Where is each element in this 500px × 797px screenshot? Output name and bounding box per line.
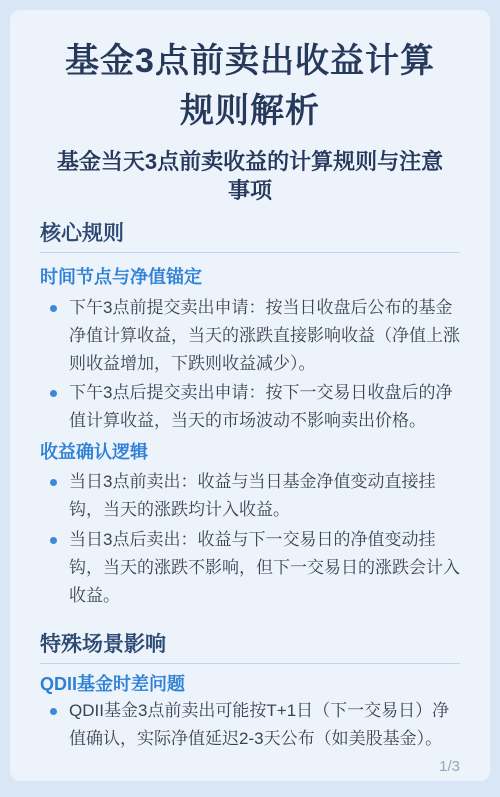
bullet-icon xyxy=(50,537,57,544)
bullet-icon xyxy=(50,479,57,486)
page-subtitle-line-2: 事项 xyxy=(40,176,460,205)
bullet-item: QDII基金3点前卖出可能按T+1日（下一交易日）净值确认，实际净值延迟2-3天… xyxy=(40,697,460,753)
bullet-text: 下午3点后提交卖出申请：按下一交易日收盘后的净值计算收益，当天的市场波动不影响卖… xyxy=(69,379,460,435)
bullet-text: 当日3点后卖出：收益与下一交易日的净值变动挂钩，当天的涨跌不影响，但下一交易日的… xyxy=(69,526,460,610)
page-subtitle: 基金当天3点前卖收益的计算规则与注意 事项 xyxy=(40,147,460,205)
section-heading-special-scenarios: 特殊场景影响 xyxy=(40,632,460,664)
subsection-title-time-node: 时间节点与净值锚定 xyxy=(40,266,460,289)
page-subtitle-line-1: 基金当天3点前卖收益的计算规则与注意 xyxy=(40,147,460,176)
bullet-text: 下午3点前提交卖出申请：按当日收盘后公布的基金净值计算收益，当天的涨跌直接影响收… xyxy=(69,294,460,378)
bullet-icon xyxy=(50,305,57,312)
content-card: 基金3点前卖出收益计算 规则解析 基金当天3点前卖收益的计算规则与注意 事项 核… xyxy=(10,10,490,781)
bullet-icon xyxy=(50,390,57,397)
bullet-icon xyxy=(50,708,57,715)
page-title: 基金3点前卖出收益计算 规则解析 xyxy=(40,36,460,136)
page-indicator: 1/3 xyxy=(40,757,460,777)
subsection-title-income-confirm: 收益确认逻辑 xyxy=(40,441,460,464)
page-title-line-1: 基金3点前卖出收益计算 xyxy=(40,36,460,86)
bullet-item: 当日3点前卖出：收益与当日基金净值变动直接挂钩，当天的涨跌均计入收益。 xyxy=(40,468,460,524)
page-title-line-2: 规则解析 xyxy=(40,86,460,136)
section-heading-core-rules: 核心规则 xyxy=(40,221,460,253)
bullet-item: 下午3点后提交卖出申请：按下一交易日收盘后的净值计算收益，当天的市场波动不影响卖… xyxy=(40,379,460,435)
bullet-text: QDII基金3点前卖出可能按T+1日（下一交易日）净值确认，实际净值延迟2-3天… xyxy=(69,697,460,753)
bullet-text: 当日3点前卖出：收益与当日基金净值变动直接挂钩，当天的涨跌均计入收益。 xyxy=(69,468,460,524)
bullet-item: 当日3点后卖出：收益与下一交易日的净值变动挂钩，当天的涨跌不影响，但下一交易日的… xyxy=(40,526,460,610)
bullet-item: 下午3点前提交卖出申请：按当日收盘后公布的基金净值计算收益，当天的涨跌直接影响收… xyxy=(40,294,460,378)
subsection-title-qdii: QDII基金时差问题 xyxy=(40,673,460,696)
